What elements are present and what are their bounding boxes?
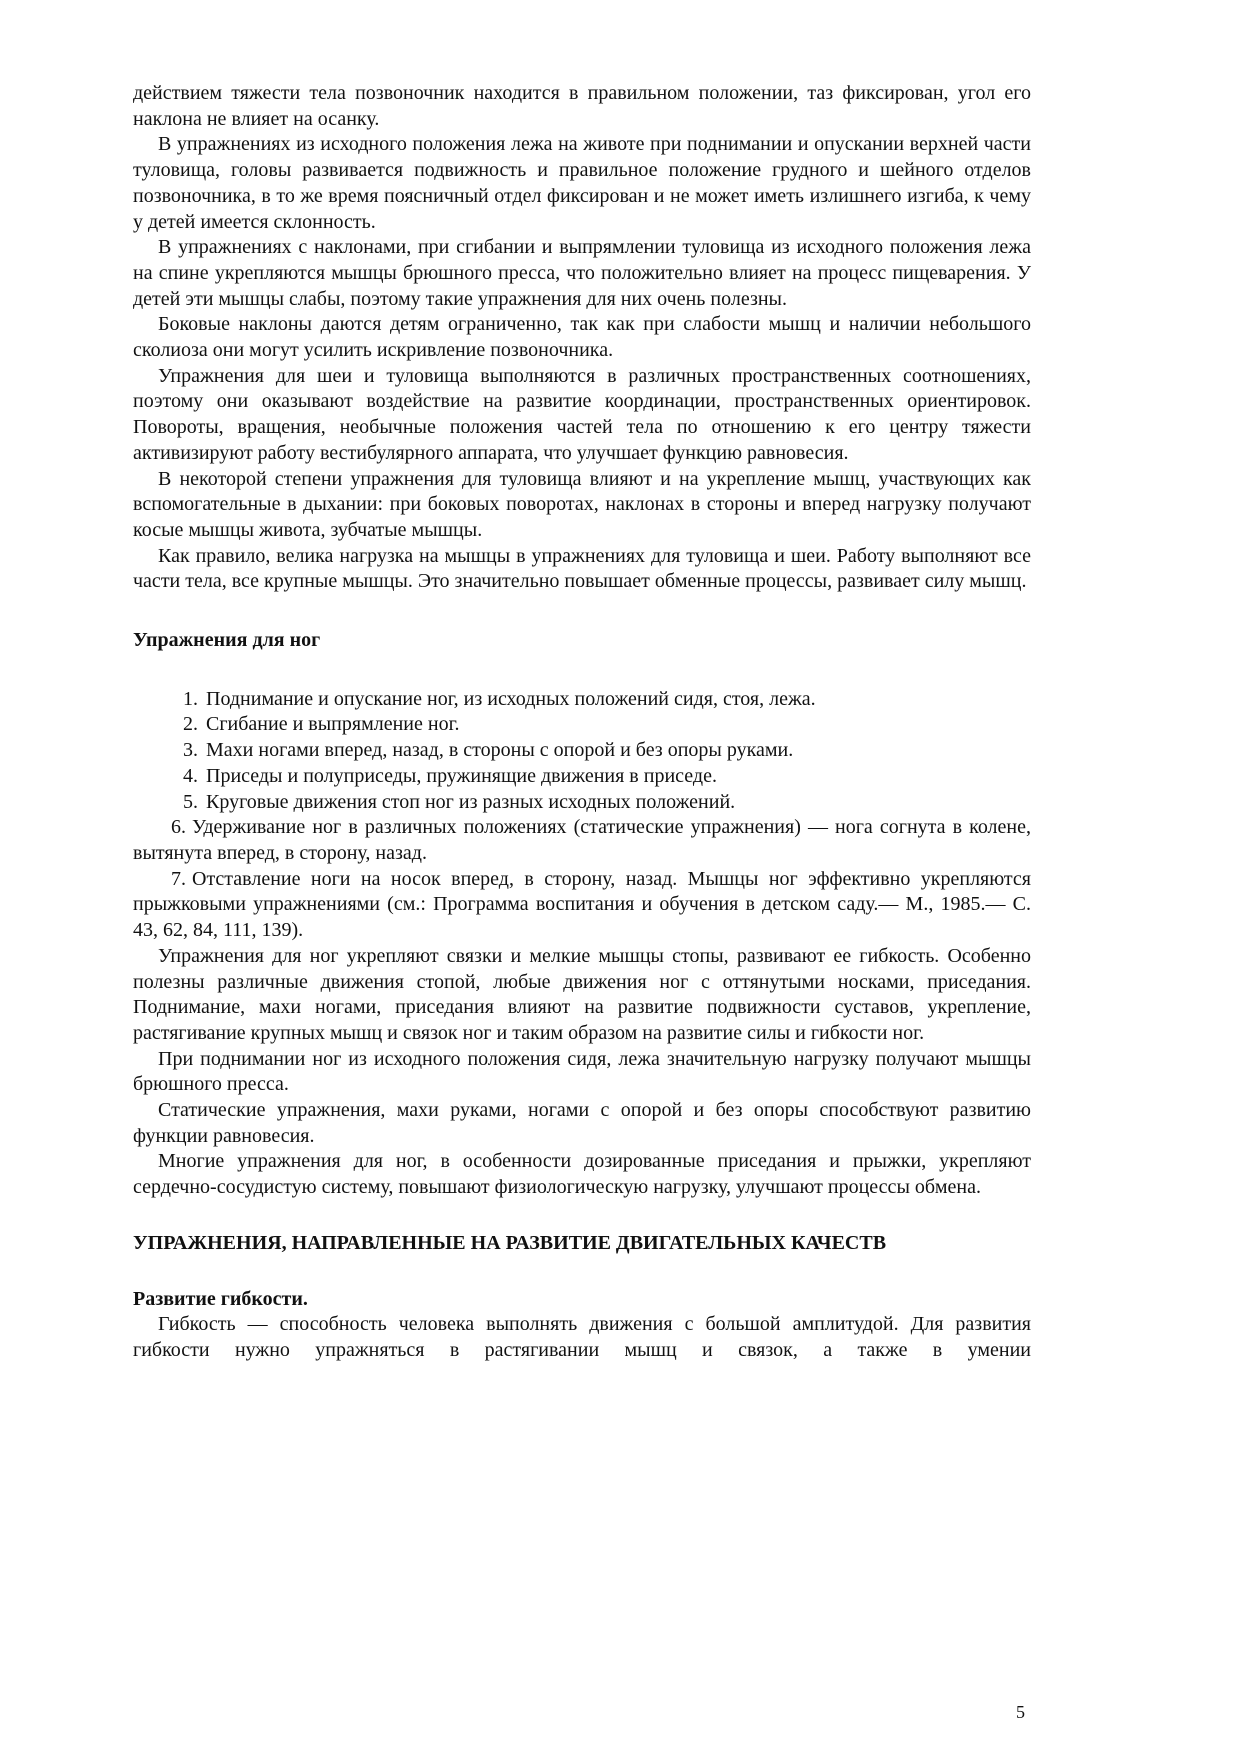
list-item: 4.Приседы и полуприседы, пружинящие движ… <box>133 764 1031 790</box>
page-number: 5 <box>1016 1702 1025 1723</box>
paragraph: При поднимании ног из исходного положени… <box>133 1047 1031 1098</box>
section-heading-motor-qualities: УПРАЖНЕНИЯ, НАПРАВЛЕННЫЕ НА РАЗВИТИЕ ДВИ… <box>133 1231 1031 1257</box>
list-item: 1.Поднимание и опускание ног, из исходны… <box>133 687 1031 713</box>
paragraph: Упражнения для шеи и туловища выполняютс… <box>133 364 1031 467</box>
paragraph: Боковые наклоны даются детям ограниченно… <box>133 312 1031 363</box>
list-item: 6.Удерживание ног в различных положениях… <box>133 815 1031 866</box>
paragraph: действием тяжести тела позвоночник наход… <box>133 81 1031 132</box>
paragraph: Гибкость — способность человека выполнят… <box>133 1312 1031 1363</box>
subheading-flexibility: Развитие гибкости. <box>133 1287 1031 1313</box>
paragraph: В упражнениях из исходного положения леж… <box>133 132 1031 235</box>
list-item: 7.Отставление ноги на носок вперед, в ст… <box>133 867 1031 944</box>
paragraph: Многие упражнения для ног, в особенности… <box>133 1149 1031 1200</box>
section-heading-legs: Упражнения для ног <box>133 628 1031 654</box>
paragraph: Статические упражнения, махи руками, ног… <box>133 1098 1031 1149</box>
document-page: действием тяжести тела позвоночник наход… <box>133 81 1031 1364</box>
paragraph: Как правило, велика нагрузка на мышцы в … <box>133 544 1031 595</box>
list-item: 5.Круговые движения стоп ног из разных и… <box>133 790 1031 816</box>
paragraph: В упражнениях с наклонами, при сгибании … <box>133 235 1031 312</box>
legs-exercise-list: 1.Поднимание и опускание ног, из исходны… <box>133 687 1031 944</box>
paragraph: Упражнения для ног укрепляют связки и ме… <box>133 944 1031 1047</box>
list-item: 3.Махи ногами вперед, назад, в стороны с… <box>133 738 1031 764</box>
paragraph: В некоторой степени упражнения для тулов… <box>133 467 1031 544</box>
list-item: 2.Сгибание и выпрямление ног. <box>133 712 1031 738</box>
